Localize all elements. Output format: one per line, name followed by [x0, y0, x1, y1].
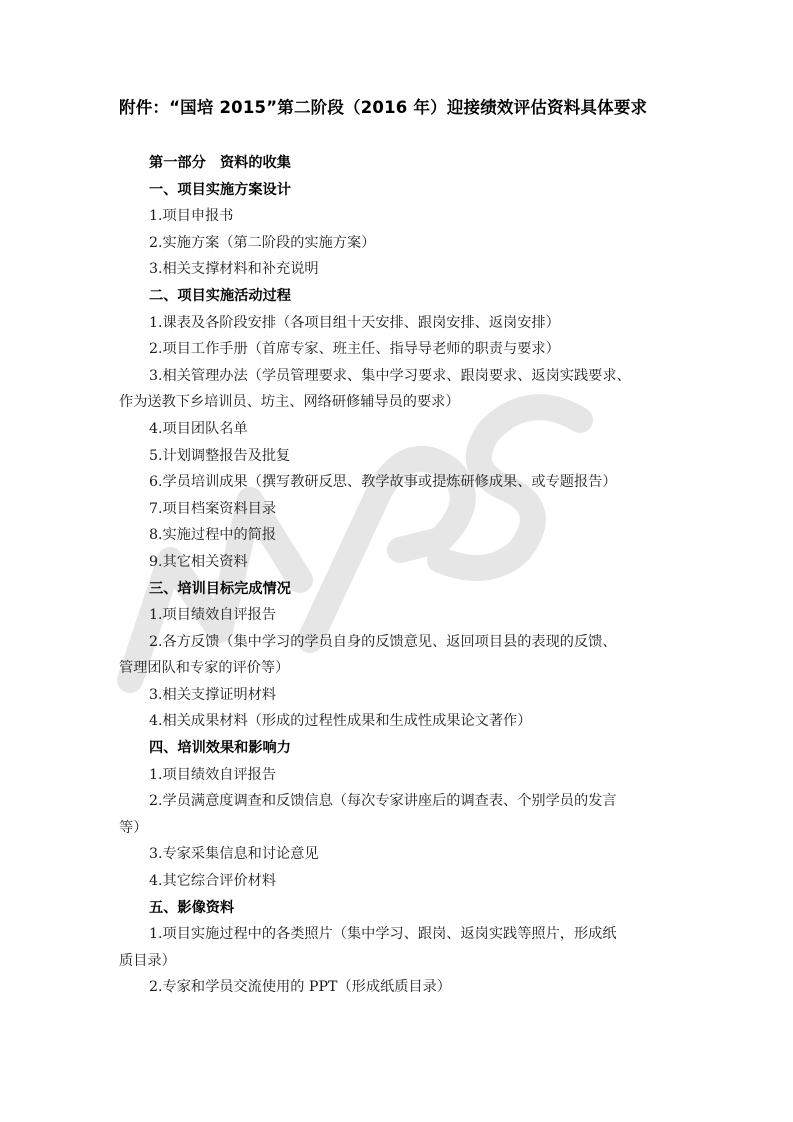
section-heading: 五、影像资料	[119, 895, 679, 922]
list-item: 2.各方反馈（集中学习的学员自身的反馈意见、返回项目县的表现的反馈、	[119, 629, 679, 656]
document-title: 附件：“国培 2015”第二阶段（2016 年）迎接绩效评估资料具体要求	[119, 96, 719, 120]
list-item: 4.相关成果材料（形成的过程性成果和生成性成果论文著作）	[119, 708, 679, 735]
section-heading: 第一部分 资料的收集	[119, 150, 679, 177]
list-item: 4.项目团队名单	[119, 416, 679, 443]
list-item-continuation: 作为送教下乡培训员、坊主、网络研修辅导员的要求）	[119, 389, 679, 416]
list-item: 2.学员满意度调查和反馈信息（每次专家讲座后的调查表、个别学员的发言	[119, 788, 679, 815]
list-item: 1.项目实施过程中的各类照片（集中学习、跟岗、返岗实践等照片，形成纸	[119, 921, 679, 948]
list-item: 9.其它相关资料	[119, 549, 679, 576]
list-item: 8.实施过程中的简报	[119, 522, 679, 549]
list-item: 3.相关支撑材料和补充说明	[119, 256, 679, 283]
document-page: 附件：“国培 2015”第二阶段（2016 年）迎接绩效评估资料具体要求 第一部…	[0, 0, 793, 1122]
list-item: 2.专家和学员交流使用的 PPT（形成纸质目录）	[119, 974, 679, 1001]
list-item-continuation: 质目录）	[119, 948, 679, 975]
list-item: 1.项目绩效自评报告	[119, 762, 679, 789]
section-heading: 四、培训效果和影响力	[119, 735, 679, 762]
list-item: 1.项目申报书	[119, 203, 679, 230]
list-item: 6.学员培训成果（撰写教研反思、教学故事或提炼研修成果、或专题报告）	[119, 469, 679, 496]
list-item: 1.课表及各阶段安排（各项目组十天安排、跟岗安排、返岗安排）	[119, 310, 679, 337]
list-item: 3.相关管理办法（学员管理要求、集中学习要求、跟岗要求、返岗实践要求、	[119, 363, 679, 390]
list-item: 7.项目档案资料目录	[119, 496, 679, 523]
list-item: 3.相关支撑证明材料	[119, 682, 679, 709]
list-item-continuation: 管理团队和专家的评价等）	[119, 655, 679, 682]
list-item: 2.项目工作手册（首席专家、班主任、指导导老师的职责与要求）	[119, 336, 679, 363]
list-item: 5.计划调整报告及批复	[119, 443, 679, 470]
section-heading: 一、项目实施方案设计	[119, 177, 679, 204]
list-item: 3.专家采集信息和讨论意见	[119, 841, 679, 868]
list-item: 1.项目绩效自评报告	[119, 602, 679, 629]
list-item: 4.其它综合评价材料	[119, 868, 679, 895]
document-body: 第一部分 资料的收集一、项目实施方案设计1.项目申报书2.实施方案（第二阶段的实…	[119, 150, 679, 1001]
list-item-continuation: 等）	[119, 815, 679, 842]
section-heading: 二、项目实施活动过程	[119, 283, 679, 310]
list-item: 2.实施方案（第二阶段的实施方案）	[119, 230, 679, 257]
section-heading: 三、培训目标完成情况	[119, 576, 679, 603]
